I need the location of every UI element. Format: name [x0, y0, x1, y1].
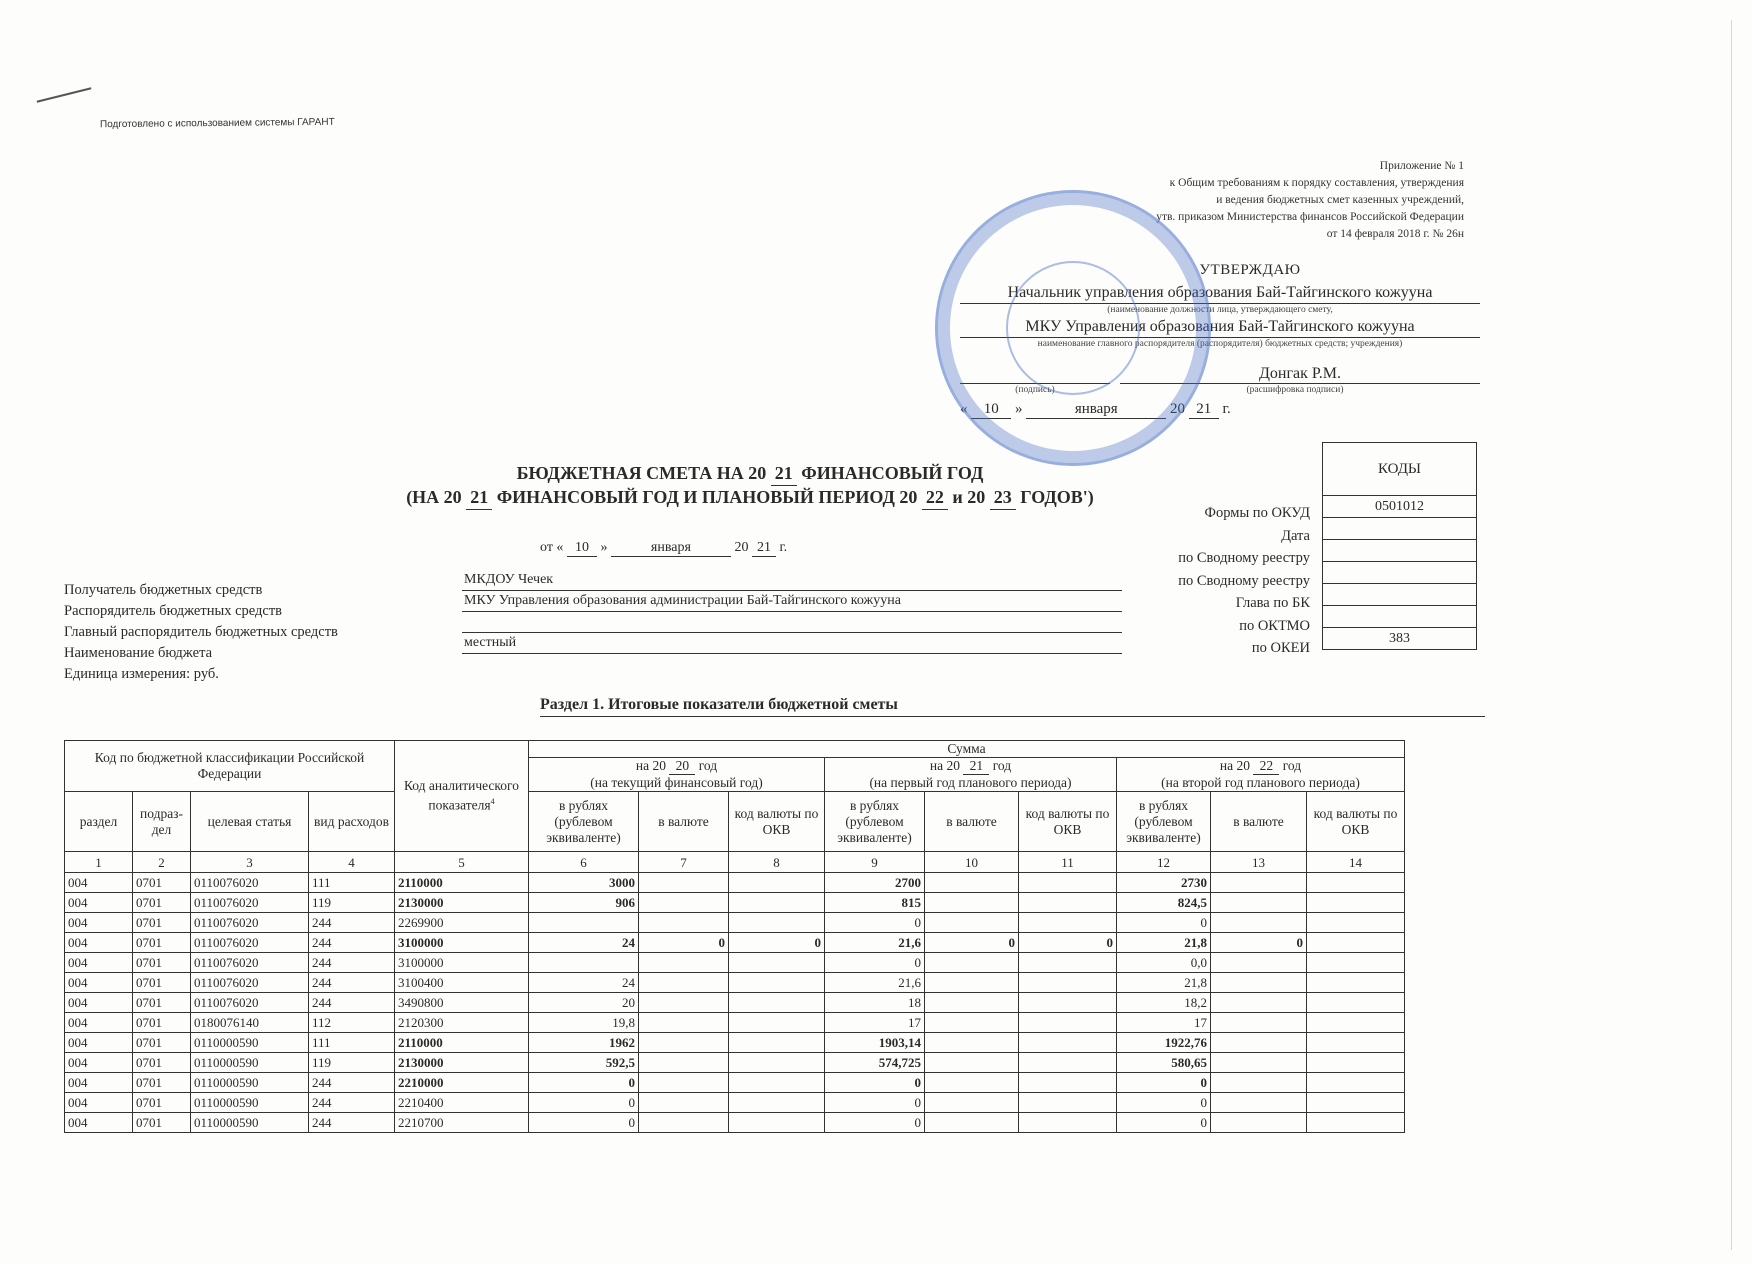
- column-number: 12: [1117, 852, 1211, 873]
- column-number: 14: [1307, 852, 1405, 873]
- column-number: 11: [1019, 852, 1117, 873]
- table-cell: [925, 913, 1019, 933]
- header-sum: Сумма: [529, 741, 1405, 758]
- table-row: 004070101100005902442210000000: [65, 1073, 1405, 1093]
- table-cell: [529, 913, 639, 933]
- table-cell: [925, 1113, 1019, 1133]
- table-cell: 244: [309, 933, 395, 953]
- table-cell: [925, 1073, 1019, 1093]
- analytic-code-text: Код аналитического показателя: [404, 778, 519, 813]
- table-cell: 004: [65, 1113, 133, 1133]
- table-cell: [1307, 953, 1405, 973]
- title-text: ФИНАНСОВЫЙ ГОД И ПЛАНОВЫЙ ПЕРИОД 20: [497, 487, 918, 507]
- table-cell: 0701: [133, 1013, 191, 1033]
- table-cell: 20: [529, 993, 639, 1013]
- table-cell: 19,8: [529, 1013, 639, 1033]
- table-cell: 0: [825, 1093, 925, 1113]
- table-cell: [1211, 1053, 1307, 1073]
- table-cell: 0701: [133, 893, 191, 913]
- header-year3: на 20 22 год (на второй год планового пе…: [1117, 758, 1405, 792]
- column-number: 7: [639, 852, 729, 873]
- table-cell: [925, 993, 1019, 1013]
- table-cell: 0: [729, 933, 825, 953]
- year-value: 21: [963, 758, 989, 775]
- appendix-line: Приложение № 1: [1156, 158, 1464, 175]
- code-value-registry: [1323, 540, 1477, 562]
- table-cell: 0110076020: [191, 933, 309, 953]
- title-text: (НА 20: [406, 487, 462, 507]
- table-row: 0040701011007602024431004002421,621,8: [65, 973, 1405, 993]
- approval-year-prefix: 20: [1170, 401, 1185, 417]
- signature-line: [960, 365, 1110, 384]
- column-number: 1: [65, 852, 133, 873]
- table-cell: 2730: [1117, 873, 1211, 893]
- table-cell: 0110000590: [191, 1073, 309, 1093]
- column-number: 8: [729, 852, 825, 873]
- header-currency: в валюте: [639, 792, 729, 852]
- table-cell: [1307, 1113, 1405, 1133]
- table-cell: 0110076020: [191, 953, 309, 973]
- date-prefix: от «: [540, 540, 563, 555]
- table-cell: [1019, 1093, 1117, 1113]
- header-currency: в валюте: [1211, 792, 1307, 852]
- header-year1: на 20 20 год (на текущий финансовый год): [529, 758, 825, 792]
- year-note: (на текущий финансовый год): [590, 775, 762, 790]
- footnote-marker: 4: [491, 797, 495, 806]
- table-cell: 004: [65, 933, 133, 953]
- table-cell: 3100000: [395, 933, 529, 953]
- code-label: по Сводному реестру: [1100, 547, 1310, 570]
- table-cell: [729, 973, 825, 993]
- table-cell: [925, 893, 1019, 913]
- header-razdel: раздел: [65, 792, 133, 852]
- table-cell: 111: [309, 873, 395, 893]
- title-text: БЮДЖЕТНАЯ СМЕТА НА 20: [517, 463, 767, 483]
- table-cell: 0: [1117, 1113, 1211, 1133]
- table-cell: 24: [529, 973, 639, 993]
- column-number: 6: [529, 852, 639, 873]
- table-cell: [925, 953, 1019, 973]
- recipient-value: МКДОУ Чечек: [462, 570, 1122, 591]
- table-cell: [729, 873, 825, 893]
- table-cell: 244: [309, 993, 395, 1013]
- date-year: 21: [752, 540, 776, 557]
- approval-title: УТВЕРЖДАЮ: [1020, 262, 1480, 279]
- appendix-note: Приложение № 1 к Общим требованиям к пор…: [1156, 158, 1464, 243]
- table-cell: 815: [825, 893, 925, 913]
- table-cell: 004: [65, 913, 133, 933]
- recipient-labels: Получатель бюджетных средств Распорядите…: [64, 580, 338, 685]
- table-cell: [1211, 873, 1307, 893]
- year-value: 20: [669, 758, 695, 775]
- code-value-registry: [1323, 562, 1477, 584]
- column-number: 3: [191, 852, 309, 873]
- code-value-date: [1323, 518, 1477, 540]
- table-cell: [1019, 913, 1117, 933]
- table-cell: [1019, 1033, 1117, 1053]
- table-cell: 2269900: [395, 913, 529, 933]
- table-cell: 0: [529, 1113, 639, 1133]
- table-cell: 0110076020: [191, 893, 309, 913]
- date-month: января: [611, 540, 731, 557]
- approval-year-suffix: г.: [1223, 401, 1231, 417]
- table-cell: [1307, 1093, 1405, 1113]
- table-cell: 244: [309, 1073, 395, 1093]
- table-cell: [1307, 873, 1405, 893]
- table-cell: [1307, 973, 1405, 993]
- table-cell: 0701: [133, 993, 191, 1013]
- table-cell: 0: [1019, 933, 1117, 953]
- table-cell: 0701: [133, 933, 191, 953]
- table-cell: [639, 1033, 729, 1053]
- header-analytic-code: Код аналитического показателя4: [395, 741, 529, 852]
- table-cell: [1019, 973, 1117, 993]
- table-cell: 0110000590: [191, 1033, 309, 1053]
- table-cell: [639, 1113, 729, 1133]
- table-cell: 824,5: [1117, 893, 1211, 913]
- table-cell: 2130000: [395, 1053, 529, 1073]
- approval-year: 21: [1189, 401, 1219, 419]
- table-cell: 2210000: [395, 1073, 529, 1093]
- date-day: 10: [567, 540, 597, 557]
- table-cell: 004: [65, 1073, 133, 1093]
- table-cell: 0110076020: [191, 913, 309, 933]
- header-rub: в рублях (рублевом эквиваленте): [1117, 792, 1211, 852]
- table-cell: 0: [825, 953, 925, 973]
- title-text: ФИНАНСОВЫЙ ГОД: [801, 463, 983, 483]
- table-cell: 244: [309, 1093, 395, 1113]
- table-row: 004070101100760202443490800201818,2: [65, 993, 1405, 1013]
- recipient-label: Получатель бюджетных средств: [64, 580, 338, 601]
- table-cell: 21,8: [1117, 973, 1211, 993]
- table-cell: 0110076020: [191, 993, 309, 1013]
- table-cell: 21,6: [825, 933, 925, 953]
- table-cell: [925, 1013, 1019, 1033]
- table-cell: 0: [825, 1073, 925, 1093]
- table-cell: 2700: [825, 873, 925, 893]
- header-budget-class: Код по бюджетной классификации Российско…: [65, 741, 395, 792]
- header-rub: в рублях (рублевом эквиваленте): [825, 792, 925, 852]
- table-cell: [639, 913, 729, 933]
- table-cell: 0: [1117, 913, 1211, 933]
- code-value-okei: 383: [1323, 628, 1477, 650]
- table-cell: [1019, 993, 1117, 1013]
- table-cell: [639, 1053, 729, 1073]
- table-cell: 244: [309, 953, 395, 973]
- table-cell: 0: [825, 913, 925, 933]
- header-currency-code: код валюты по ОКВ: [1019, 792, 1117, 852]
- column-number: 9: [825, 852, 925, 873]
- year-suffix: год: [993, 758, 1011, 773]
- table-cell: [639, 1073, 729, 1093]
- appendix-line: от 14 февраля 2018 г. № 26н: [1156, 226, 1464, 243]
- table-cell: [729, 1113, 825, 1133]
- table-cell: 0110000590: [191, 1053, 309, 1073]
- table-cell: [729, 1053, 825, 1073]
- table-cell: [1019, 1013, 1117, 1033]
- title-year: 21: [466, 486, 492, 510]
- code-label: Дата: [1100, 525, 1310, 548]
- table-row: 004070101100760201192130000906815824,5: [65, 893, 1405, 913]
- table-cell: 574,725: [825, 1053, 925, 1073]
- pen-mark: [37, 87, 92, 102]
- table-row: 004070101100760202443100000240021,60021,…: [65, 933, 1405, 953]
- manager-value: МКУ Управления образования администрации…: [462, 591, 1122, 612]
- chief-manager-value: [462, 612, 1122, 633]
- code-value-bk: [1323, 584, 1477, 606]
- table-cell: [639, 993, 729, 1013]
- year-value: 22: [1253, 758, 1279, 775]
- year-prefix: на 20: [636, 758, 666, 773]
- code-label: Глава по БК: [1100, 592, 1310, 615]
- appendix-line: к Общим требованиям к порядку составлени…: [1156, 175, 1464, 192]
- table-cell: 244: [309, 913, 395, 933]
- garant-note: Подготовлено с использованием системы ГА…: [100, 117, 335, 130]
- table-cell: 0701: [133, 913, 191, 933]
- position-caption: (наименование должности лица, утверждающ…: [960, 304, 1480, 317]
- year-suffix: год: [1283, 758, 1301, 773]
- table-cell: [925, 873, 1019, 893]
- header-target: целевая статья: [191, 792, 309, 852]
- table-cell: 119: [309, 893, 395, 913]
- table-cell: [729, 1073, 825, 1093]
- table-cell: 0701: [133, 973, 191, 993]
- table-row: 00407010110000590111211000019621903,1419…: [65, 1033, 1405, 1053]
- table-cell: 111: [309, 1033, 395, 1053]
- table-cell: [729, 953, 825, 973]
- table-cell: 21,6: [825, 973, 925, 993]
- table-cell: [925, 1053, 1019, 1073]
- code-value-oktmo: [1323, 606, 1477, 628]
- year-prefix: на 20: [930, 758, 960, 773]
- table-cell: 0110000590: [191, 1093, 309, 1113]
- signature-caption: (подпись): [960, 384, 1110, 397]
- table-cell: 0701: [133, 1093, 191, 1113]
- table-cell: 004: [65, 1013, 133, 1033]
- title-year: 22: [922, 486, 948, 510]
- table-cell: [729, 1013, 825, 1033]
- table-cell: 0,0: [1117, 953, 1211, 973]
- table-cell: 3000: [529, 873, 639, 893]
- year-note: (на первый год планового периода): [869, 775, 1071, 790]
- header-year2: на 20 21 год (на первый год планового пе…: [825, 758, 1117, 792]
- approver-position: Начальник управления образования Бай-Тай…: [960, 283, 1480, 304]
- table-cell: 2110000: [395, 1033, 529, 1053]
- table-cell: 0110076020: [191, 873, 309, 893]
- table-cell: 0701: [133, 1053, 191, 1073]
- column-number: 13: [1211, 852, 1307, 873]
- table-cell: 24: [529, 933, 639, 953]
- name-caption: (расшифровка подписи): [1110, 384, 1480, 397]
- table-cell: 0180076140: [191, 1013, 309, 1033]
- table-cell: [529, 953, 639, 973]
- approver-organization: МКУ Управления образования Бай-Тайгинско…: [960, 317, 1480, 338]
- table-cell: [925, 973, 1019, 993]
- code-value-okud: 0501012: [1323, 496, 1477, 518]
- table-cell: 004: [65, 953, 133, 973]
- table-cell: [1211, 1033, 1307, 1053]
- table-cell: 0701: [133, 953, 191, 973]
- table-cell: [1211, 973, 1307, 993]
- table-cell: [1307, 1073, 1405, 1093]
- table-cell: [1019, 893, 1117, 913]
- table-cell: 0110000590: [191, 1113, 309, 1133]
- column-numbers-row: 1234567891011121314: [65, 852, 1405, 873]
- section-title: Раздел 1. Итоговые показатели бюджетной …: [540, 696, 898, 714]
- codes-table: КОДЫ 0501012 383: [1322, 442, 1477, 650]
- table-cell: 580,65: [1117, 1053, 1211, 1073]
- table-cell: 0: [639, 933, 729, 953]
- table-cell: 0110076020: [191, 973, 309, 993]
- table-cell: [1019, 1113, 1117, 1133]
- table-cell: [639, 873, 729, 893]
- table-cell: 17: [1117, 1013, 1211, 1033]
- table-row: 004070101100760201112110000300027002730: [65, 873, 1405, 893]
- year-prefix: на 20: [1220, 758, 1250, 773]
- table-cell: [1211, 1113, 1307, 1133]
- table-cell: 004: [65, 873, 133, 893]
- date-mid: »: [600, 540, 607, 555]
- table-row: 00407010110076020244226990000: [65, 913, 1405, 933]
- title-year: 21: [771, 462, 797, 486]
- title-year: 23: [990, 486, 1016, 510]
- budget-name-label: Наименование бюджета: [64, 643, 338, 664]
- table-cell: 906: [529, 893, 639, 913]
- page-edge: [1731, 20, 1732, 1250]
- table-cell: [639, 893, 729, 913]
- table-row: 004070101100005901192130000592,5574,7255…: [65, 1053, 1405, 1073]
- table-cell: [1307, 993, 1405, 1013]
- budget-name-value: местный: [462, 633, 1122, 654]
- table-cell: 2210400: [395, 1093, 529, 1113]
- table-cell: [1307, 913, 1405, 933]
- table-cell: [1211, 893, 1307, 913]
- table-cell: 1922,76: [1117, 1033, 1211, 1053]
- table-cell: 2210700: [395, 1113, 529, 1133]
- header-currency-code: код валюты по ОКВ: [1307, 792, 1405, 852]
- column-number: 2: [133, 852, 191, 873]
- table-cell: 2110000: [395, 873, 529, 893]
- table-cell: 21,8: [1117, 933, 1211, 953]
- code-label: по ОКТМО: [1100, 615, 1310, 638]
- table-cell: [1211, 1073, 1307, 1093]
- table-cell: 18: [825, 993, 925, 1013]
- table-cell: 3490800: [395, 993, 529, 1013]
- table-cell: [1307, 1033, 1405, 1053]
- manager-label: Распорядитель бюджетных средств: [64, 601, 338, 622]
- table-cell: [1211, 953, 1307, 973]
- approval-block: УТВЕРЖДАЮ Начальник управления образован…: [960, 262, 1480, 419]
- table-cell: 592,5: [529, 1053, 639, 1073]
- code-label: по Сводному реестру: [1100, 570, 1310, 593]
- table-cell: [1019, 1053, 1117, 1073]
- table-cell: 0: [1117, 1073, 1211, 1093]
- table-cell: 3100400: [395, 973, 529, 993]
- table-cell: 0: [529, 1073, 639, 1093]
- table-cell: 3100000: [395, 953, 529, 973]
- table-row: 004070101100005902442210400000: [65, 1093, 1405, 1113]
- codes-header: КОДЫ: [1323, 443, 1477, 496]
- table-cell: [1211, 1093, 1307, 1113]
- table-cell: [639, 973, 729, 993]
- table-cell: 0701: [133, 1073, 191, 1093]
- table-cell: 004: [65, 993, 133, 1013]
- table-cell: 004: [65, 1033, 133, 1053]
- table-cell: [729, 1033, 825, 1053]
- table-cell: [1307, 893, 1405, 913]
- column-number: 10: [925, 852, 1019, 873]
- recipient-fields: МКДОУ Чечек МКУ Управления образования а…: [462, 570, 1122, 654]
- table-cell: 0: [925, 933, 1019, 953]
- chief-manager-label: Главный распорядитель бюджетных средств: [64, 622, 338, 643]
- table-cell: [925, 1093, 1019, 1113]
- table-cell: 119: [309, 1053, 395, 1073]
- year-note: (на второй год планового периода): [1161, 775, 1360, 790]
- table-cell: 004: [65, 893, 133, 913]
- table-row: 004070101100005902442210700000: [65, 1113, 1405, 1133]
- table-cell: [1019, 873, 1117, 893]
- table-cell: 18,2: [1117, 993, 1211, 1013]
- table-cell: [729, 993, 825, 1013]
- header-rub: в рублях (рублевом эквиваленте): [529, 792, 639, 852]
- table-cell: 0: [825, 1113, 925, 1133]
- table-cell: 2120300: [395, 1013, 529, 1033]
- title-text: и 20: [952, 487, 985, 507]
- table-cell: [1211, 913, 1307, 933]
- organization-caption: наименование главного распорядителя (рас…: [960, 338, 1480, 351]
- table-cell: [1211, 1013, 1307, 1033]
- document-title: БЮДЖЕТНАЯ СМЕТА НА 20 21 ФИНАНСОВЫЙ ГОД …: [360, 462, 1140, 510]
- table-cell: 0701: [133, 1113, 191, 1133]
- year-suffix: год: [699, 758, 717, 773]
- unit-label: Единица измерения: руб.: [64, 664, 338, 685]
- header-currency-code: код валюты по ОКВ: [729, 792, 825, 852]
- approval-month: января: [1026, 401, 1166, 419]
- table-cell: [729, 913, 825, 933]
- code-label: Формы по ОКУД: [1100, 502, 1310, 525]
- table-cell: [1019, 953, 1117, 973]
- title-text: ГОДОВ'): [1020, 487, 1094, 507]
- table-row: 00407010180076140112212030019,81717: [65, 1013, 1405, 1033]
- table-cell: 004: [65, 1053, 133, 1073]
- table-cell: 0: [529, 1093, 639, 1113]
- table-cell: [1307, 1053, 1405, 1073]
- table-cell: [729, 1093, 825, 1113]
- table-cell: [925, 1033, 1019, 1053]
- table-cell: 0: [1117, 1093, 1211, 1113]
- table-cell: [1307, 933, 1405, 953]
- signature-name: Донгак Р.М.: [1120, 365, 1480, 384]
- table-cell: [1211, 993, 1307, 1013]
- table-cell: 1962: [529, 1033, 639, 1053]
- appendix-line: и ведения бюджетных смет казенных учрежд…: [1156, 192, 1464, 209]
- table-cell: 1903,14: [825, 1033, 925, 1053]
- table-row: 00407010110076020244310000000,0: [65, 953, 1405, 973]
- appendix-line: утв. приказом Министерства финансов Росс…: [1156, 209, 1464, 226]
- table-cell: 0701: [133, 1033, 191, 1053]
- approval-date: « 10 » января 20 21 г.: [960, 401, 1480, 419]
- header-currency: в валюте: [925, 792, 1019, 852]
- table-cell: 112: [309, 1013, 395, 1033]
- header-podrazdel: подраз-дел: [133, 792, 191, 852]
- date-year-prefix: 20: [734, 540, 748, 555]
- section-divider: [540, 716, 1485, 717]
- table-cell: [639, 1013, 729, 1033]
- budget-table: Код по бюджетной классификации Российско…: [64, 740, 1405, 1133]
- table-cell: [729, 893, 825, 913]
- codes-labels: Формы по ОКУД Дата по Сводному реестру п…: [1100, 502, 1310, 660]
- table-cell: 004: [65, 1093, 133, 1113]
